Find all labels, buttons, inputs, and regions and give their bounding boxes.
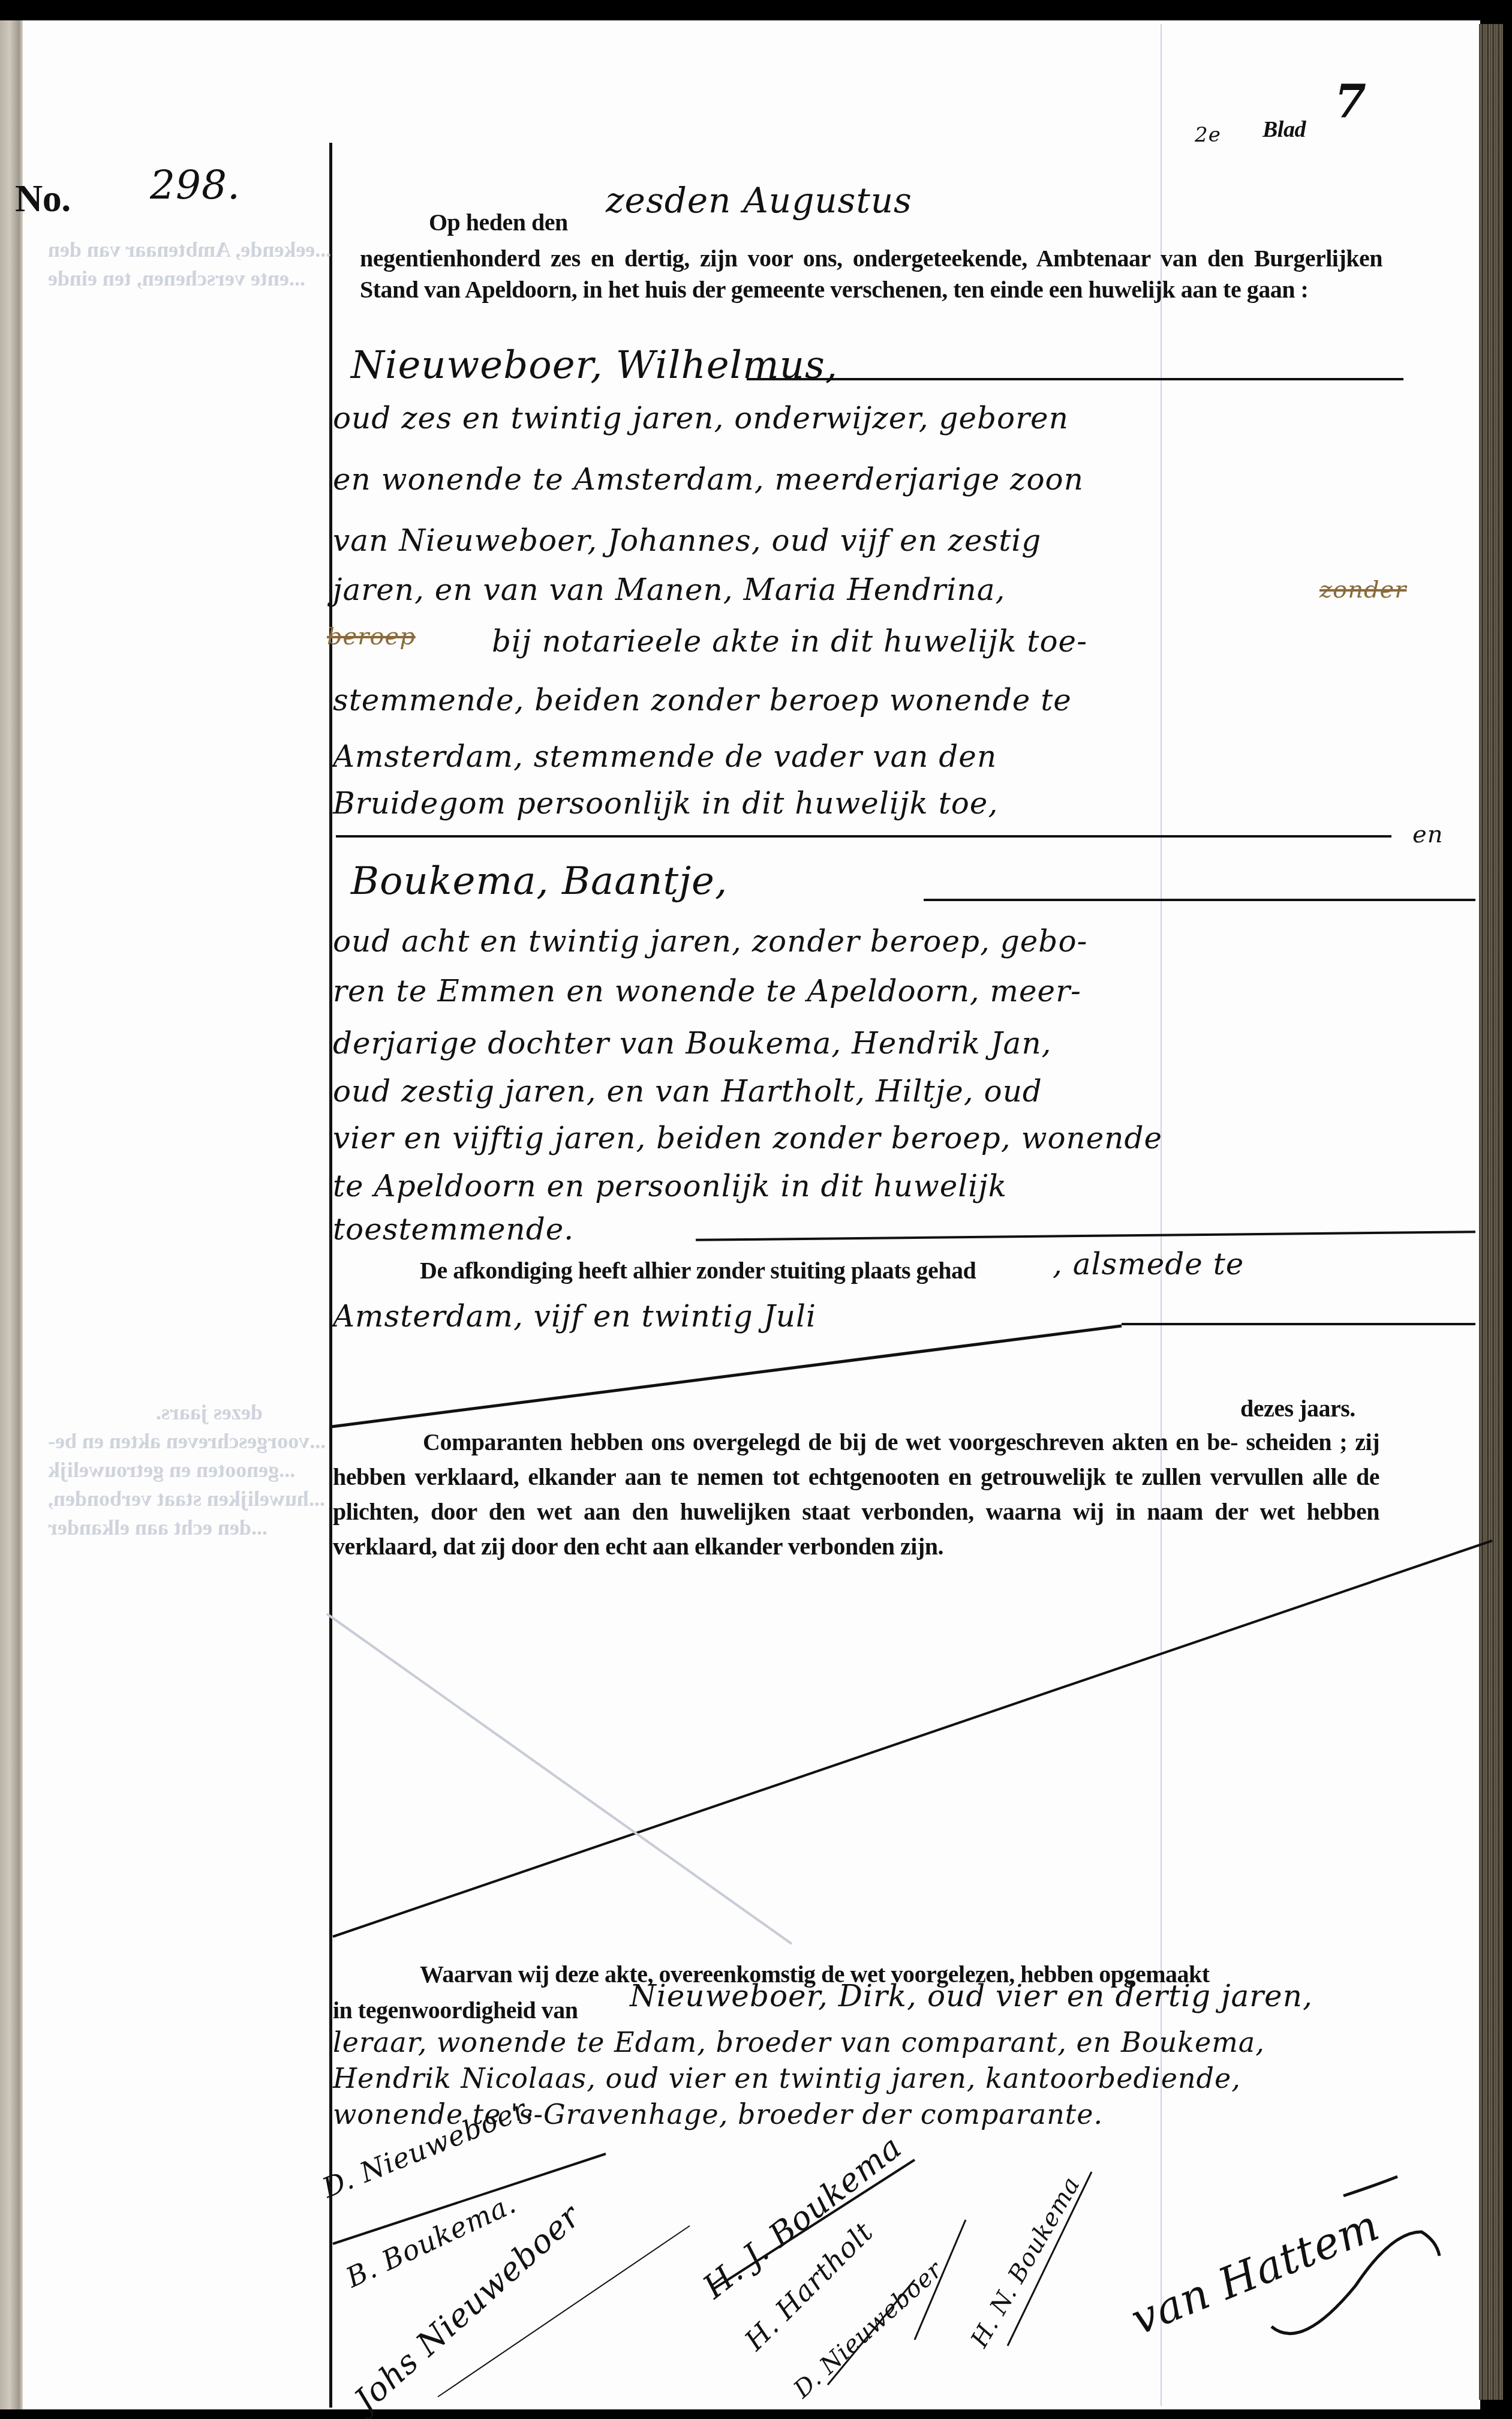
signature-underline-1 xyxy=(333,2154,606,2244)
signature-underline-2 xyxy=(438,2226,690,2397)
proclamation-diagonal xyxy=(332,1326,1122,1427)
signature-underline-3 xyxy=(714,2160,915,2289)
signature-underline-5 xyxy=(915,2220,966,2340)
cancel-lines xyxy=(0,0,1512,2419)
signature-underline-4 xyxy=(828,2280,915,2385)
signature-flourish-vanhattem-top xyxy=(1343,2177,1397,2196)
bleed-through-diagonal xyxy=(327,1614,792,1944)
signature-flourish-vanhattem xyxy=(1271,2232,1439,2334)
blank-space-diagonal xyxy=(333,1541,1492,1937)
signature-underline-6 xyxy=(1008,2172,1092,2346)
